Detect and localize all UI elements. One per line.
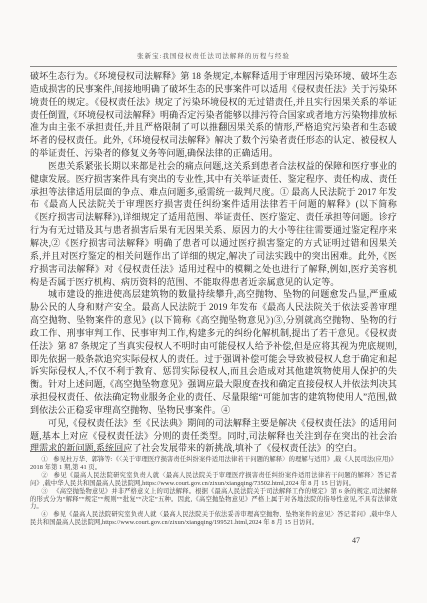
footnotes-section: ① 参见杜万华、郭锋等:《〈关于审理医疗损害责任纠纷案件适用法律若干问题的解释〉…	[30, 456, 397, 527]
footnote-divider	[30, 451, 126, 452]
footnote-text: 《高空抛坠物意见》并非严格意义上的司法解释。根据《最高人民法院关于司法解释工作的…	[30, 488, 397, 511]
footnote-item: ② 参见《最高人民法院研究室负责人就〈最高人民法院关于审理医疗损害责任纠纷案件适…	[30, 472, 397, 488]
footnote-text: 参见杜万华、郭锋等:《〈关于审理医疗损害责任纠纷案件适用法律若干问题的解释〉的理…	[30, 456, 397, 471]
page-number: 47	[352, 536, 360, 545]
footnote-item: ④ 参见《最高人民法院研究室负责人就〈最高人民法院关于依法妥善审理高空抛物、坠物…	[30, 511, 397, 527]
running-head: 张新宝:我国侵权责任法司法解释的历程与经验	[30, 51, 397, 60]
article-body: 破坏生态行为。《环境侵权司法解释》第 18 条规定,本解释适用于审理因污染环境、…	[30, 70, 397, 455]
footnote-marker: ③	[41, 488, 47, 495]
body-paragraph: 医患关系紧张长期以来都是社会的痛点问题,这关系到患者合法权益的保障和医疗事业的健…	[30, 160, 397, 288]
footnote-item: ① 参见杜万华、郭锋等:《〈关于审理医疗损害责任纠纷案件适用法律若干问题的解释〉…	[30, 456, 397, 472]
header-divider	[30, 66, 397, 67]
footnote-text: 参见《最高人民法院研究室负责人就〈最高人民法院关于审理医疗损害责任纠纷案件适用法…	[30, 472, 397, 487]
footnote-marker: ②	[41, 472, 48, 479]
footnote-marker: ④	[41, 511, 47, 518]
document-page: 张新宝:我国侵权责任法司法解释的历程与经验 破坏生态行为。《环境侵权司法解释》第…	[0, 0, 427, 603]
body-paragraph: 破坏生态行为。《环境侵权司法解释》第 18 条规定,本解释适用于审理因污染环境、…	[30, 70, 397, 160]
body-paragraph: 可见,《侵权责任法》至《民法典》期间的司法解释主要是解决《侵权责任法》的适用问题…	[30, 417, 397, 456]
footnote-item: ③ 《高空抛坠物意见》并非严格意义上的司法解释。根据《最高人民法院关于司法解释工…	[30, 488, 397, 512]
footnote-text: 参见《最高人民法院研究室负责人就〈最高人民法院关于依法妥善审理高空抛物、坠物案件…	[30, 511, 397, 526]
footnote-marker: ①	[41, 456, 47, 463]
body-paragraph: 城市建设的推进使高层建筑物的数量持续攀升,高空抛物、坠物的问题愈发凸显,严重威胁…	[30, 288, 397, 416]
